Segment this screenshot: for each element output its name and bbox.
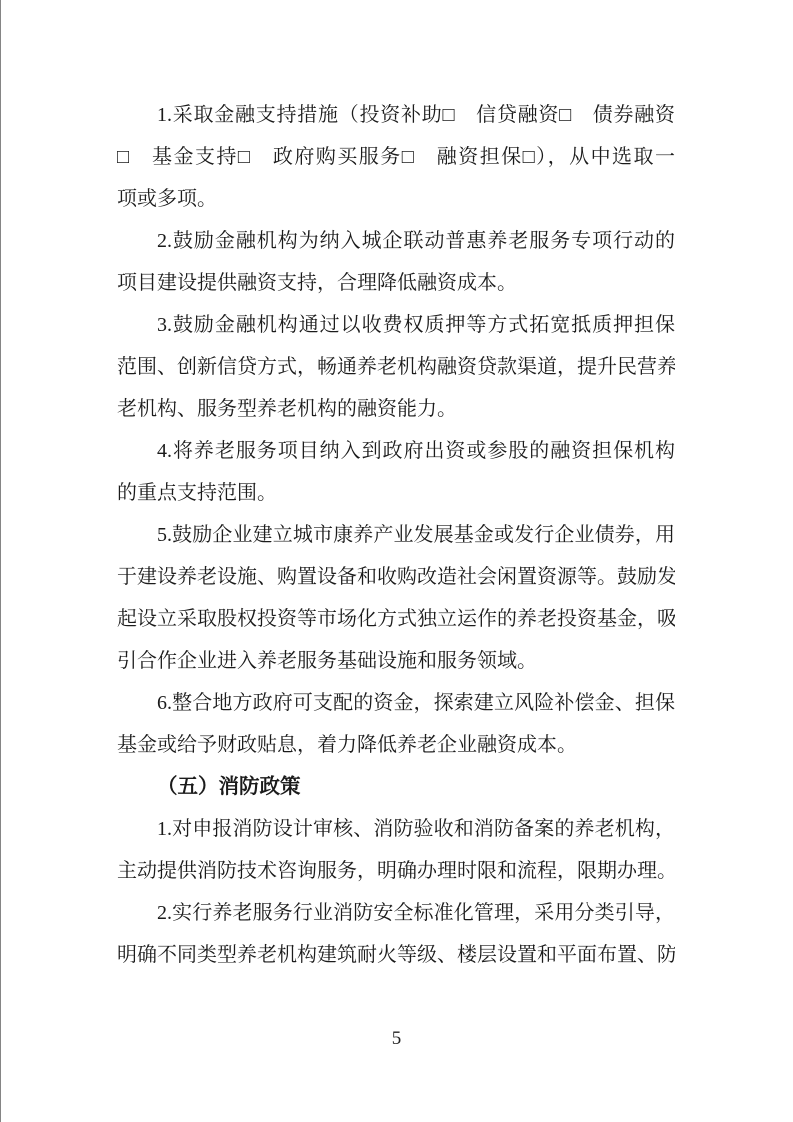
paragraph-finance-6: 6.整合地方政府可支配的资金，探索建立风险补偿金、担保 基金或给予财政贴息，着力… — [117, 682, 675, 766]
text-line: 于建设养老设施、购置设备和收购改造社会闲置资源等。鼓励发 — [117, 556, 675, 598]
text-line: 范围、创新信贷方式，畅通养老机构融资贷款渠道，提升民营养 — [117, 346, 675, 388]
text-line: 1.采取金融支持措施（投资补助□ 信贷融资□ 债券融资 — [117, 94, 675, 136]
text-line: 1.对申报消防设计审核、消防验收和消防备案的养老机构， — [117, 808, 675, 850]
page-edge-line — [0, 0, 1, 1122]
page-number: 5 — [0, 1026, 793, 1052]
paragraph-finance-2: 2.鼓励金融机构为纳入城企联动普惠养老服务专项行动的 项目建设提供融资支持，合理… — [117, 220, 675, 304]
text-line: 2.实行养老服务行业消防安全标准化管理，采用分类引导， — [117, 892, 675, 934]
text-line: 主动提供消防技术咨询服务，明确办理时限和流程，限期办理。 — [117, 850, 675, 892]
paragraph-finance-5: 5.鼓励企业建立城市康养产业发展基金或发行企业债券，用 于建设养老设施、购置设备… — [117, 514, 675, 682]
paragraph-finance-4: 4.将养老服务项目纳入到政府出资或参股的融资担保机构 的重点支持范围。 — [117, 430, 675, 514]
paragraph-fire-2: 2.实行养老服务行业消防安全标准化管理，采用分类引导， 明确不同类型养老机构建筑… — [117, 892, 675, 976]
document-page-body: 1.采取金融支持措施（投资补助□ 信贷融资□ 债券融资 □ 基金支持□ 政府购买… — [117, 94, 675, 976]
text-line: 5.鼓励企业建立城市康养产业发展基金或发行企业债券，用 — [117, 514, 675, 556]
text-line: 基金或给予财政贴息，着力降低养老企业融资成本。 — [117, 724, 675, 766]
text-line: 引合作企业进入养老服务基础设施和服务领域。 — [117, 640, 675, 682]
text-line: 明确不同类型养老机构建筑耐火等级、楼层设置和平面布置、防 — [117, 934, 675, 976]
text-line: 3.鼓励金融机构通过以收费权质押等方式拓宽抵质押担保 — [117, 304, 675, 346]
paragraph-finance-3: 3.鼓励金融机构通过以收费权质押等方式拓宽抵质押担保 范围、创新信贷方式，畅通养… — [117, 304, 675, 430]
text-line: 项目建设提供融资支持，合理降低融资成本。 — [117, 262, 675, 304]
section-heading-fire-policy: （五）消防政策 — [117, 766, 675, 808]
text-line: 起设立采取股权投资等市场化方式独立运作的养老投资基金，吸 — [117, 598, 675, 640]
paragraph-finance-1: 1.采取金融支持措施（投资补助□ 信贷融资□ 债券融资 □ 基金支持□ 政府购买… — [117, 94, 675, 220]
text-line: 2.鼓励金融机构为纳入城企联动普惠养老服务专项行动的 — [117, 220, 675, 262]
text-line: 6.整合地方政府可支配的资金，探索建立风险补偿金、担保 — [117, 682, 675, 724]
text-line: 的重点支持范围。 — [117, 472, 675, 514]
text-line: 4.将养老服务项目纳入到政府出资或参股的融资担保机构 — [117, 430, 675, 472]
section-heading-text: （五）消防政策 — [117, 766, 675, 808]
text-line: 老机构、服务型养老机构的融资能力。 — [117, 388, 675, 430]
text-line: 项或多项。 — [117, 178, 675, 220]
text-line: □ 基金支持□ 政府购买服务□ 融资担保□），从中选取一 — [117, 136, 675, 178]
paragraph-fire-1: 1.对申报消防设计审核、消防验收和消防备案的养老机构， 主动提供消防技术咨询服务… — [117, 808, 675, 892]
